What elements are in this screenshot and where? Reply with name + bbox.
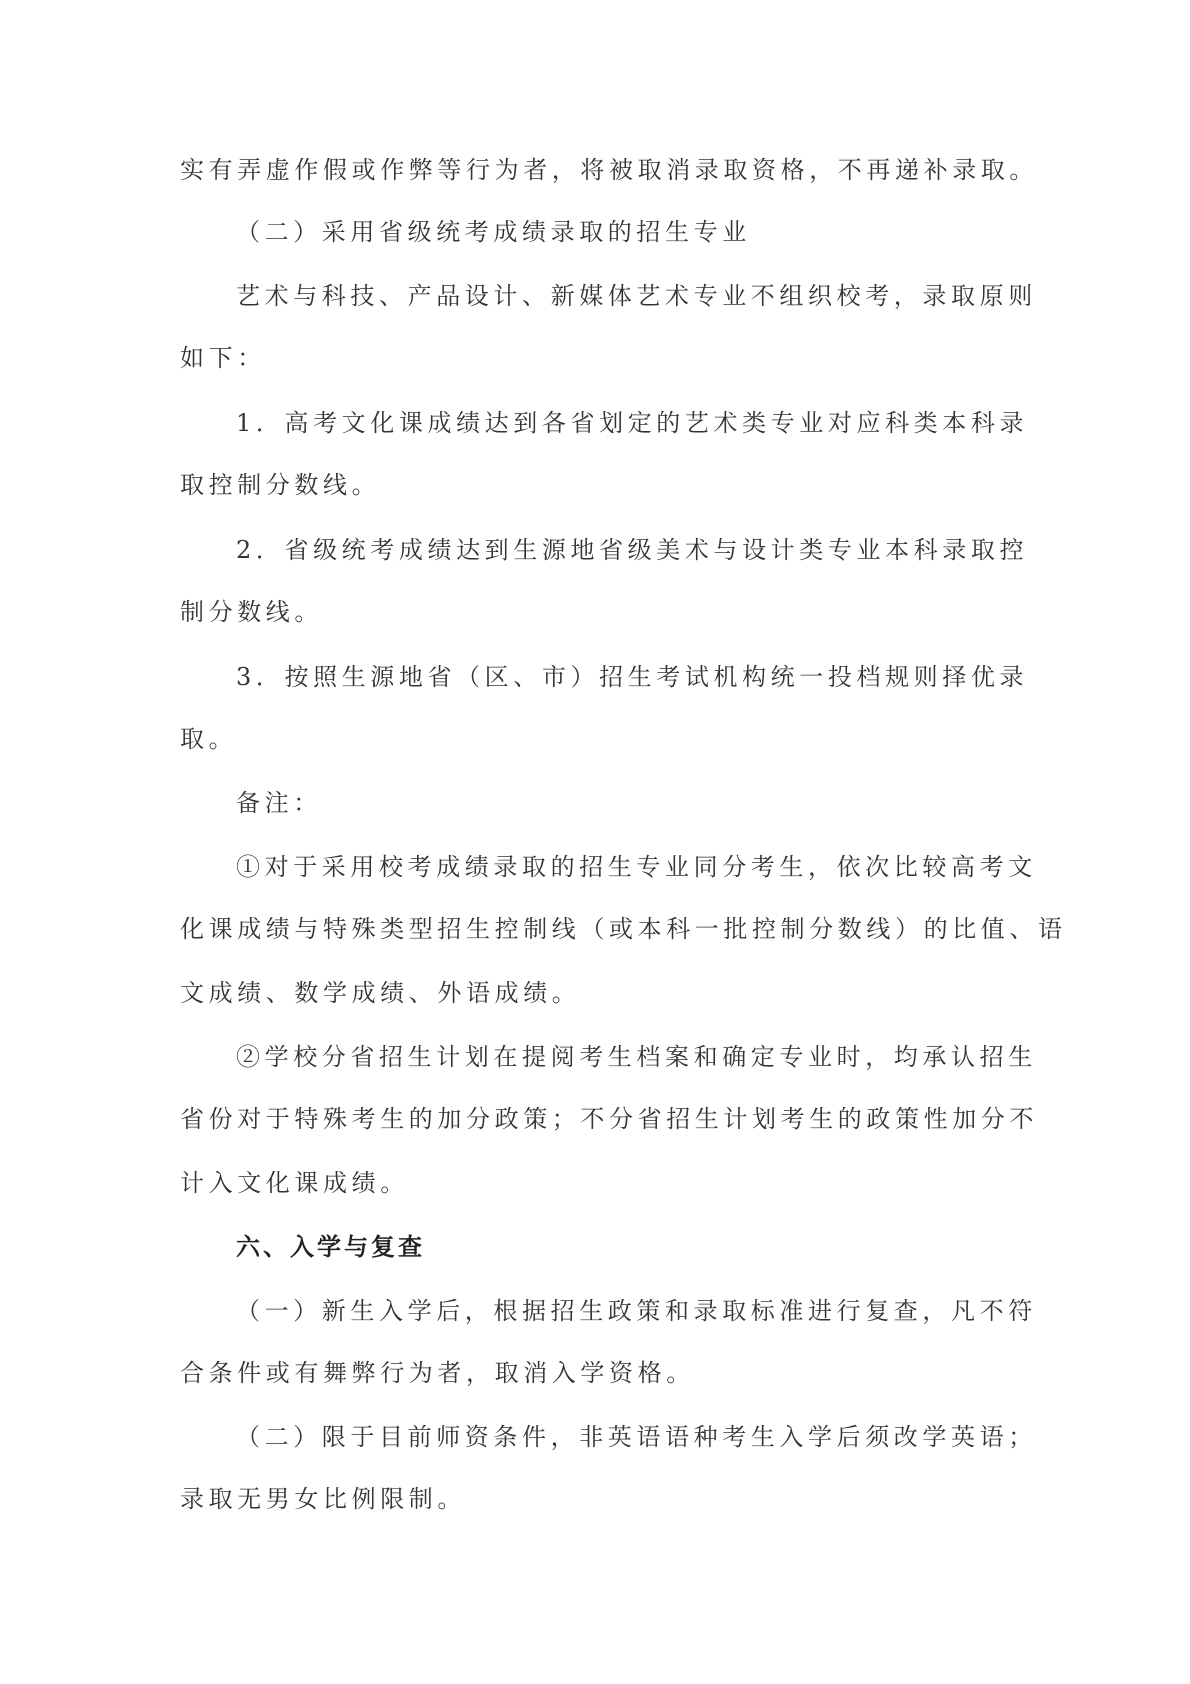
note-2-cont: 计入文化课成绩。 (180, 1168, 409, 1198)
section-heading: 六、入学与复查 (236, 1232, 425, 1262)
list-item-2-cont: 制分数线。 (180, 597, 323, 627)
list-item-3-cont: 取。 (180, 724, 237, 754)
paragraph-line: 合条件或有舞弊行为者，取消入学资格。 (180, 1358, 695, 1388)
paragraph-line: （一）新生入学后，根据招生政策和录取标准进行复查，凡不符 (236, 1296, 1037, 1326)
list-item-3: 3．按照生源地省（区、市）招生考试机构统一投档规则择优录 (236, 662, 1028, 692)
paragraph-line: 艺术与科技、产品设计、新媒体艺术专业不组织校考，录取原则 (236, 281, 1037, 311)
note-1: ①对于采用校考成绩录取的招生专业同分考生，依次比较高考文 (236, 852, 1037, 882)
subsection-heading: （二）采用省级统考成绩录取的招生专业 (236, 217, 751, 247)
list-item-1-cont: 取控制分数线。 (180, 470, 380, 500)
note-2-cont: 省份对于特殊考生的加分政策；不分省招生计划考生的政策性加分不 (180, 1104, 1038, 1134)
document-page: 实有弄虚作假或作弊等行为者，将被取消录取资格，不再递补录取。 （二）采用省级统考… (0, 0, 1190, 1684)
paragraph-line: 实有弄虚作假或作弊等行为者，将被取消录取资格，不再递补录取。 (180, 155, 1038, 185)
note-1-cont: 文成绩、数学成绩、外语成绩。 (180, 978, 580, 1008)
paragraph-line: （二）限于目前师资条件，非英语语种考生入学后须改学英语； (236, 1422, 1037, 1452)
list-item-1: 1．高考文化课成绩达到各省划定的艺术类专业对应科类本科录 (236, 408, 1028, 438)
note-1-cont: 化课成绩与特殊类型招生控制线（或本科一批控制分数线）的比值、语 (180, 914, 1067, 944)
note-label: 备注： (236, 788, 322, 818)
paragraph-line: 如下： (180, 343, 266, 373)
note-2: ②学校分省招生计划在提阅考生档案和确定专业时，均承认招生 (236, 1042, 1037, 1072)
list-item-2: 2．省级统考成绩达到生源地省级美术与设计类专业本科录取控 (236, 535, 1028, 565)
paragraph-line: 录取无男女比例限制。 (180, 1484, 466, 1514)
